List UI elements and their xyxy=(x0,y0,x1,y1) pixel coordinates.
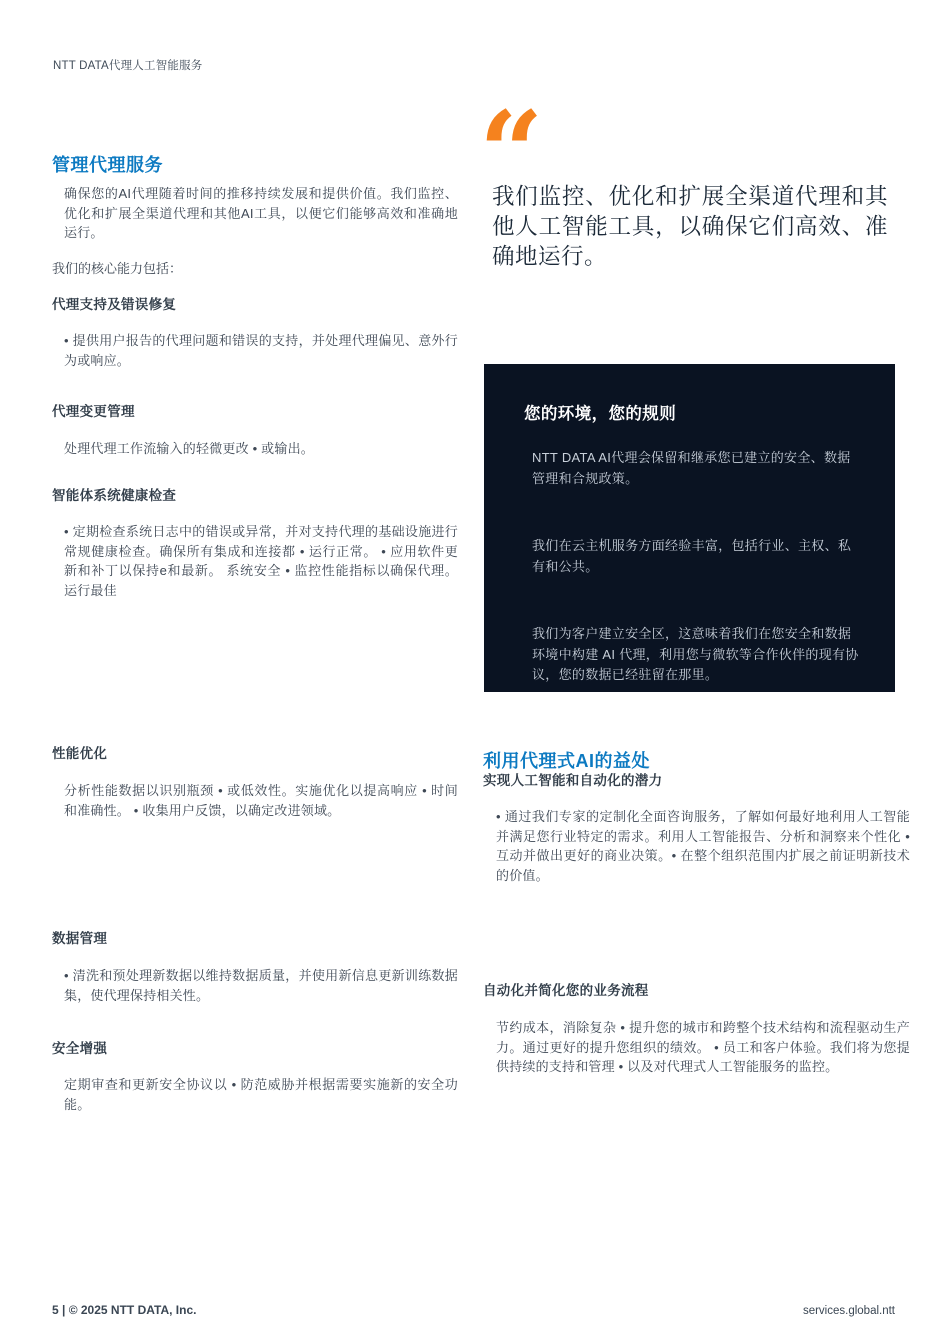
callout-box-body: NTT DATA AI代理会保留和继承您已建立的安全、数据管理和合规政策。 我们… xyxy=(524,448,861,686)
document-page: NTT DATA代理人工智能服务 管理代理服务 确保您的AI代理随着时间的推移持… xyxy=(0,0,950,1344)
paragraph-agent-support: • 提供用户报告的代理问题和错误的支持，并处理代理偏见、意外行为或响应。 xyxy=(64,331,458,370)
page-header-title: NTT DATA代理人工智能服务 xyxy=(53,57,203,73)
subheading-security-enhancement: 安全增强 xyxy=(52,1037,107,1057)
paragraph-performance-optimization: 分析性能数据以识别瓶颈 • 或低效性。实施优化以提高响应 • 时间和准确性。 •… xyxy=(64,781,458,820)
capabilities-label: 我们的核心能力包括： xyxy=(52,258,182,277)
pull-quote: 我们监控、优化和扩展全渠道代理和其他人工智能工具，以确保它们高效、准确地运行。 xyxy=(492,182,888,272)
footer-page-number-copyright: 5 | © 2025 NTT DATA, Inc. xyxy=(52,1303,196,1317)
paragraph-change-management: 处理代理工作流输入的轻微更改 • 或输出。 xyxy=(64,439,458,459)
subheading-performance-optimization: 性能优化 xyxy=(52,742,107,762)
paragraph-data-management: • 清洗和预处理新数据以维持数据质量，并使用新信息更新训练数据集，使代理保持相关… xyxy=(64,966,458,1005)
subheading-data-management: 数据管理 xyxy=(52,927,107,947)
subheading-change-management: 代理变更管理 xyxy=(52,400,135,420)
footer-website-url: services.global.ntt xyxy=(803,1305,895,1317)
callout-paragraph-2: 我们在云主机服务方面经验丰富，包括行业、主权、私有和公共。 xyxy=(532,536,861,577)
paragraph-system-health-check: • 定期检查系统日志中的错误或异常，并对支持代理的基础设施进行常规健康检查。确保… xyxy=(64,522,458,600)
paragraph-realize-ai-potential: • 通过我们专家的定制化全面咨询服务，了解如何最好地利用人工智能并满足您行业特定… xyxy=(496,807,910,885)
intro-paragraph: 确保您的AI代理随着时间的推移持续发展和提供价值。我们监控、优化和扩展全渠道代理… xyxy=(64,184,458,243)
callout-paragraph-3: 我们为客户建立安全区，这意味着我们在您安全和数据环境中构建 AI 代理，利用您与… xyxy=(532,624,861,686)
callout-box-your-environment: 您的环境，您的规则 NTT DATA AI代理会保留和继承您已建立的安全、数据管… xyxy=(484,364,895,692)
subheading-system-health-check: 智能体系统健康检查 xyxy=(52,484,176,504)
paragraph-security-enhancement: 定期审查和更新安全协议以 • 防范威胁并根据需要实施新的安全功能。 xyxy=(64,1075,458,1114)
subheading-realize-ai-potential: 实现人工智能和自动化的潜力 xyxy=(483,769,662,789)
paragraph-automate-business-processes: 节约成本，消除复杂 • 提升您的城市和跨整个技术结构和流程驱动生产力。通过更好的… xyxy=(496,1018,910,1077)
subheading-automate-business-processes: 自动化并简化您的业务流程 xyxy=(483,979,649,999)
section-title-managed-agent-services: 管理代理服务 xyxy=(52,151,163,177)
callout-box-title: 您的环境，您的规则 xyxy=(524,400,861,424)
subheading-agent-support: 代理支持及错误修复 xyxy=(52,293,176,313)
callout-paragraph-1: NTT DATA AI代理会保留和继承您已建立的安全、数据管理和合规政策。 xyxy=(532,448,861,489)
